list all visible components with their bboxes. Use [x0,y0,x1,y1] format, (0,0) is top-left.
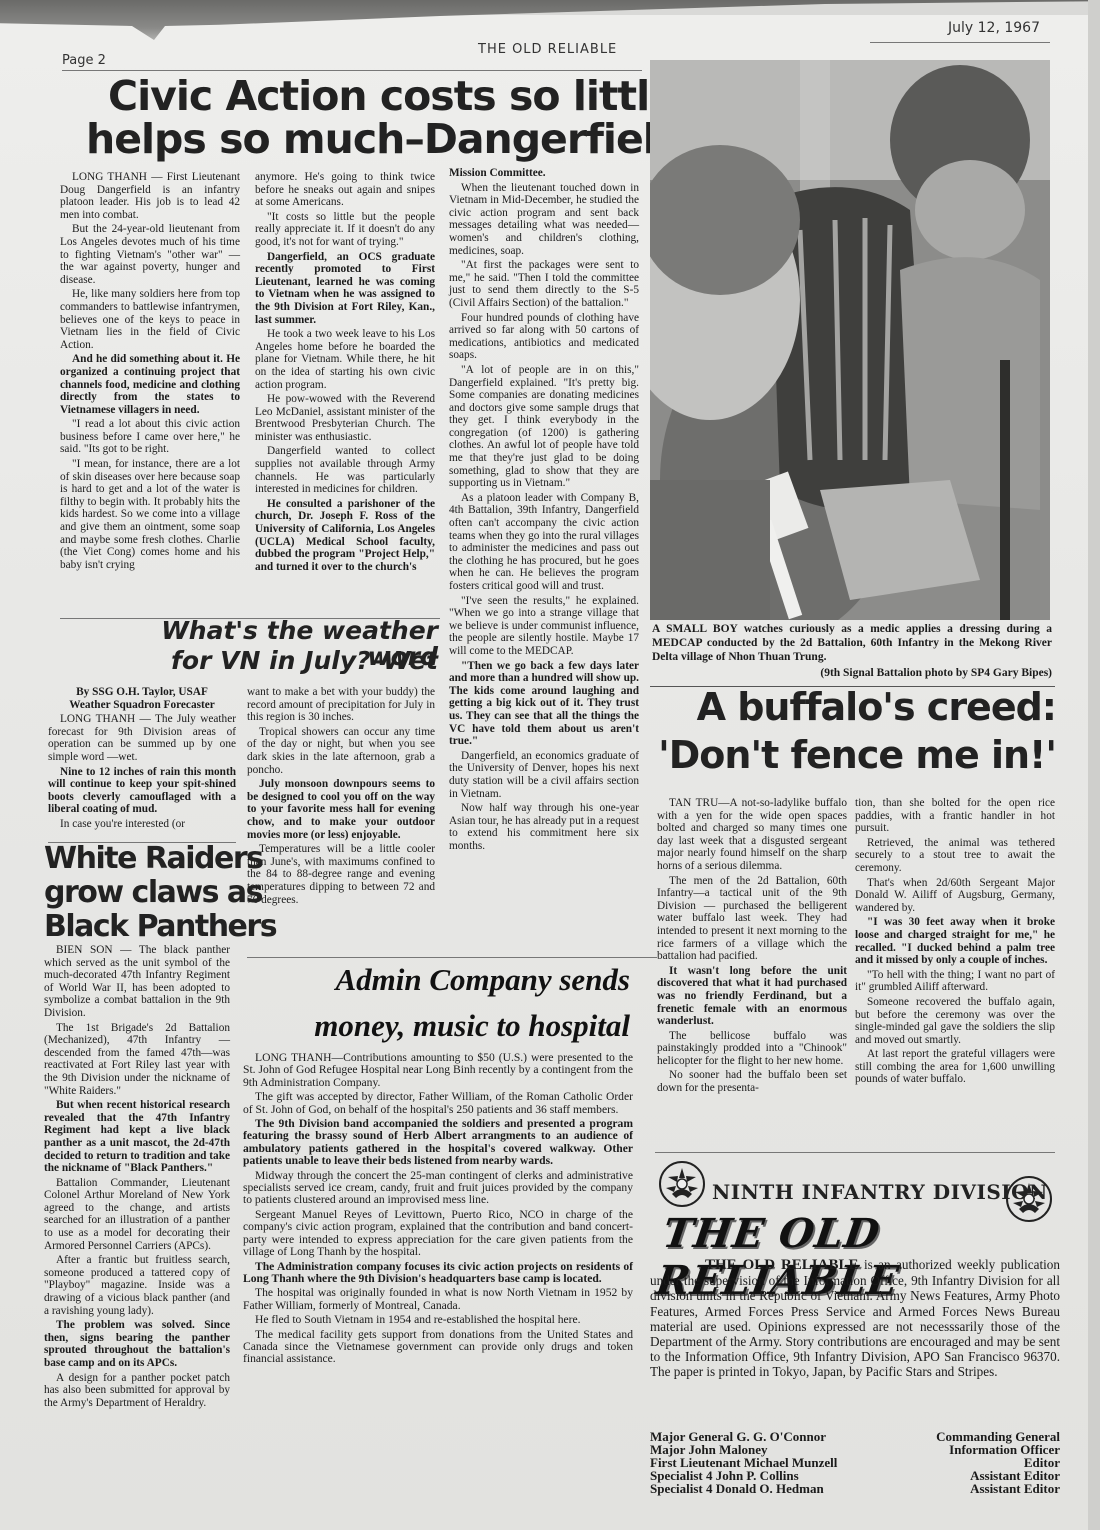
article-paragraph: He took a two week leave to his Los Ange… [255,328,435,391]
running-title: THE OLD RELIABLE [478,42,617,57]
article-paragraph: But when recent historical research reve… [44,1099,230,1175]
article-paragraph: Four hundred pounds of clothing have arr… [449,312,639,362]
article-paragraph: The bellicose buffalo was painstakingly … [657,1030,847,1068]
article-paragraph: It wasn't long before the unit discovere… [657,965,847,1028]
panthers-column: BIEN SON — The black panther which serve… [44,944,230,1411]
article-paragraph: "A lot of people are in on this," Danger… [449,364,639,490]
article-paragraph: "I read a lot about this civic action bu… [60,418,240,456]
weather-column-1: By SSG O.H. Taylor, USAF Weather Squadro… [48,686,236,833]
panthers-headline: White Raiders grow claws as Black Panthe… [44,842,276,944]
staff-list: Major General G. G. O'ConnorCommanding G… [650,1430,1060,1495]
article-paragraph: Mission Committee. [449,167,639,180]
article-paragraph: A design for a panther pocket patch has … [44,1372,230,1410]
article-paragraph: He consulted a parishoner of the church,… [255,498,435,574]
article-paragraph: No sooner had the buffalo been set down … [657,1069,847,1094]
weather-headline-2: for VN in July?–Wet [98,648,438,674]
article-paragraph: Battalion Commander, Lieutenant Colonel … [44,1177,230,1253]
masthead-statement: THE OLD RELIABLE is an authorized weekly… [650,1257,1060,1380]
article-paragraph: July monsoon downpours seems to be desig… [247,778,435,841]
article-paragraph: When the lieutenant touched down in Viet… [449,182,639,258]
panthers-headline-1: White Raiders [44,842,276,876]
photo-credit: (9th Signal Battalion photo by SP4 Gary … [652,666,1052,680]
masthead-statement-lead: THE OLD RELIABLE [705,1257,859,1273]
staff-name: Specialist 4 Donald O. Hedman [650,1482,824,1495]
article-paragraph: The 9th Division band accompanied the so… [243,1118,633,1168]
admin-headline-2: money, music to hospital [250,1008,630,1044]
article-paragraph: Now half way through his one-year Asian … [449,802,639,852]
article-paragraph: TAN TRU—A not-so-ladylike buffalo with a… [657,797,847,873]
article-paragraph: "It costs so little but the people reall… [255,211,435,249]
staff-row: Specialist 4 Donald O. HedmanAssistant E… [650,1482,1060,1495]
civic-action-column-2: anymore. He's going to think twice befor… [255,171,435,575]
article-paragraph: That's when 2d/60th Sergeant Major Donal… [855,877,1055,915]
article-paragraph: The medical facility gets support from d… [243,1329,633,1366]
article-paragraph: At last report the grateful villagers we… [855,1048,1055,1086]
article-paragraph: He fled to South Vietnam in 1954 and re-… [243,1314,633,1326]
article-paragraph: "I mean, for instance, there are a lot o… [60,458,240,571]
article-paragraph: LONG THANH—Contributions amounting to $5… [243,1052,633,1089]
article-paragraph: "To hell with the thing; I want no part … [855,969,1055,994]
panthers-headline-3: Black Panthers [44,910,276,944]
article-paragraph: "Then we go back a few days later and mo… [449,660,639,748]
civic-action-headline-1: Civic Action costs so little, [108,75,691,118]
article-paragraph: BIEN SON — The black panther which serve… [44,944,230,1020]
article-paragraph: Midway through the concert the 25-man co… [243,1170,633,1207]
article-paragraph: Dangerfield, an OCS graduate recently pr… [255,251,435,327]
article-paragraph: Sergeant Manuel Reyes of Levittown, Puer… [243,1209,633,1259]
article-paragraph: The Administration company focuses its c… [243,1261,633,1286]
header-rule-right [870,42,1050,43]
ninth-division-emblem-left-icon [658,1160,706,1208]
article-paragraph: The problem was solved. Since then, sign… [44,1319,230,1369]
article-paragraph: want to make a bet with your buddy) the … [247,686,435,724]
masthead-statement-body: is an authorized weekly publication unde… [650,1257,1060,1379]
issue-date: July 12, 1967 [948,20,1040,36]
medcap-photo [650,60,1050,620]
article-paragraph: tion, than she bolted for the open rice … [855,797,1055,835]
panthers-headline-2: grow claws as [44,876,276,910]
article-paragraph: LONG THANH — The July weather forecast f… [48,713,236,763]
article-paragraph: He, like many soldiers here from top com… [60,288,240,351]
photo-illustration [650,60,1050,620]
article-paragraph: As a platoon leader with Company B, 4th … [449,492,639,593]
photo-caption: A SMALL BOY watches curiously as a medic… [652,622,1052,664]
article-paragraph: Dangerfield, an economics graduate of th… [449,750,639,800]
article-paragraph: The 1st Brigade's 2d Battalion (Mechaniz… [44,1022,230,1098]
article-paragraph: In case you're interested (or [48,818,236,831]
buffalo-column-1: TAN TRU—A not-so-ladylike buffalo with a… [657,797,847,1097]
admin-headline-1: Admin Company sends [250,962,630,998]
article-paragraph: Nine to 12 inches of rain this month wil… [48,766,236,816]
buffalo-headline-2: 'Don't fence me in!' [650,736,1056,776]
article-paragraph: "At first the packages were sent to me,"… [449,259,639,309]
staff-role: Assistant Editor [970,1482,1060,1495]
section-rule [655,1152,1055,1153]
article-paragraph: After a frantic but fruitless search, so… [44,1254,230,1317]
article-paragraph: Tropical showers can occur any time of t… [247,726,435,776]
article-paragraph: "I've seen the results," he explained. "… [449,595,639,658]
article-paragraph: And he did something about it. He organi… [60,353,240,416]
article-paragraph: The hospital was originally founded in w… [243,1287,633,1312]
buffalo-column-2: tion, than she bolted for the open rice … [855,797,1055,1088]
masthead-division: NINTH INFANTRY DIVISION [712,1180,1048,1204]
buffalo-headline-1: A buffalo's creed: [658,688,1056,728]
article-paragraph: LONG THANH — First Lieutenant Doug Dange… [60,171,240,221]
article-paragraph: anymore. He's going to think twice befor… [255,171,435,209]
article-paragraph: Retrieved, the animal was tethered secur… [855,837,1055,875]
admin-column: LONG THANH—Contributions amounting to $5… [243,1052,633,1368]
article-paragraph: "I was 30 feet away when it broke loose … [855,916,1055,966]
civic-action-headline-2: helps so much–Dangerfield [86,118,684,161]
header-rule [62,70,642,71]
article-paragraph: Dangerfield wanted to collect supplies n… [255,445,435,495]
article-paragraph: Someone recovered the buffalo again, but… [855,996,1055,1046]
article-paragraph: He pow-wowed with the Reverend Leo McDan… [255,393,435,443]
civic-action-column-1: LONG THANH — First Lieutenant Doug Dange… [60,171,240,573]
weather-byline-2: Weather Squadron Forecaster [48,699,236,712]
article-paragraph: The men of the 2d Battalion, 60th Infant… [657,875,847,963]
article-paragraph: But the 24-year-old lieutenant from Los … [60,223,240,286]
section-rule [247,957,657,958]
article-paragraph: The gift was accepted by director, Fathe… [243,1091,633,1116]
weather-byline-1: By SSG O.H. Taylor, USAF [48,686,236,699]
civic-action-column-3: Mission Committee.When the lieutenant to… [449,167,639,854]
page-number: Page 2 [62,53,106,68]
